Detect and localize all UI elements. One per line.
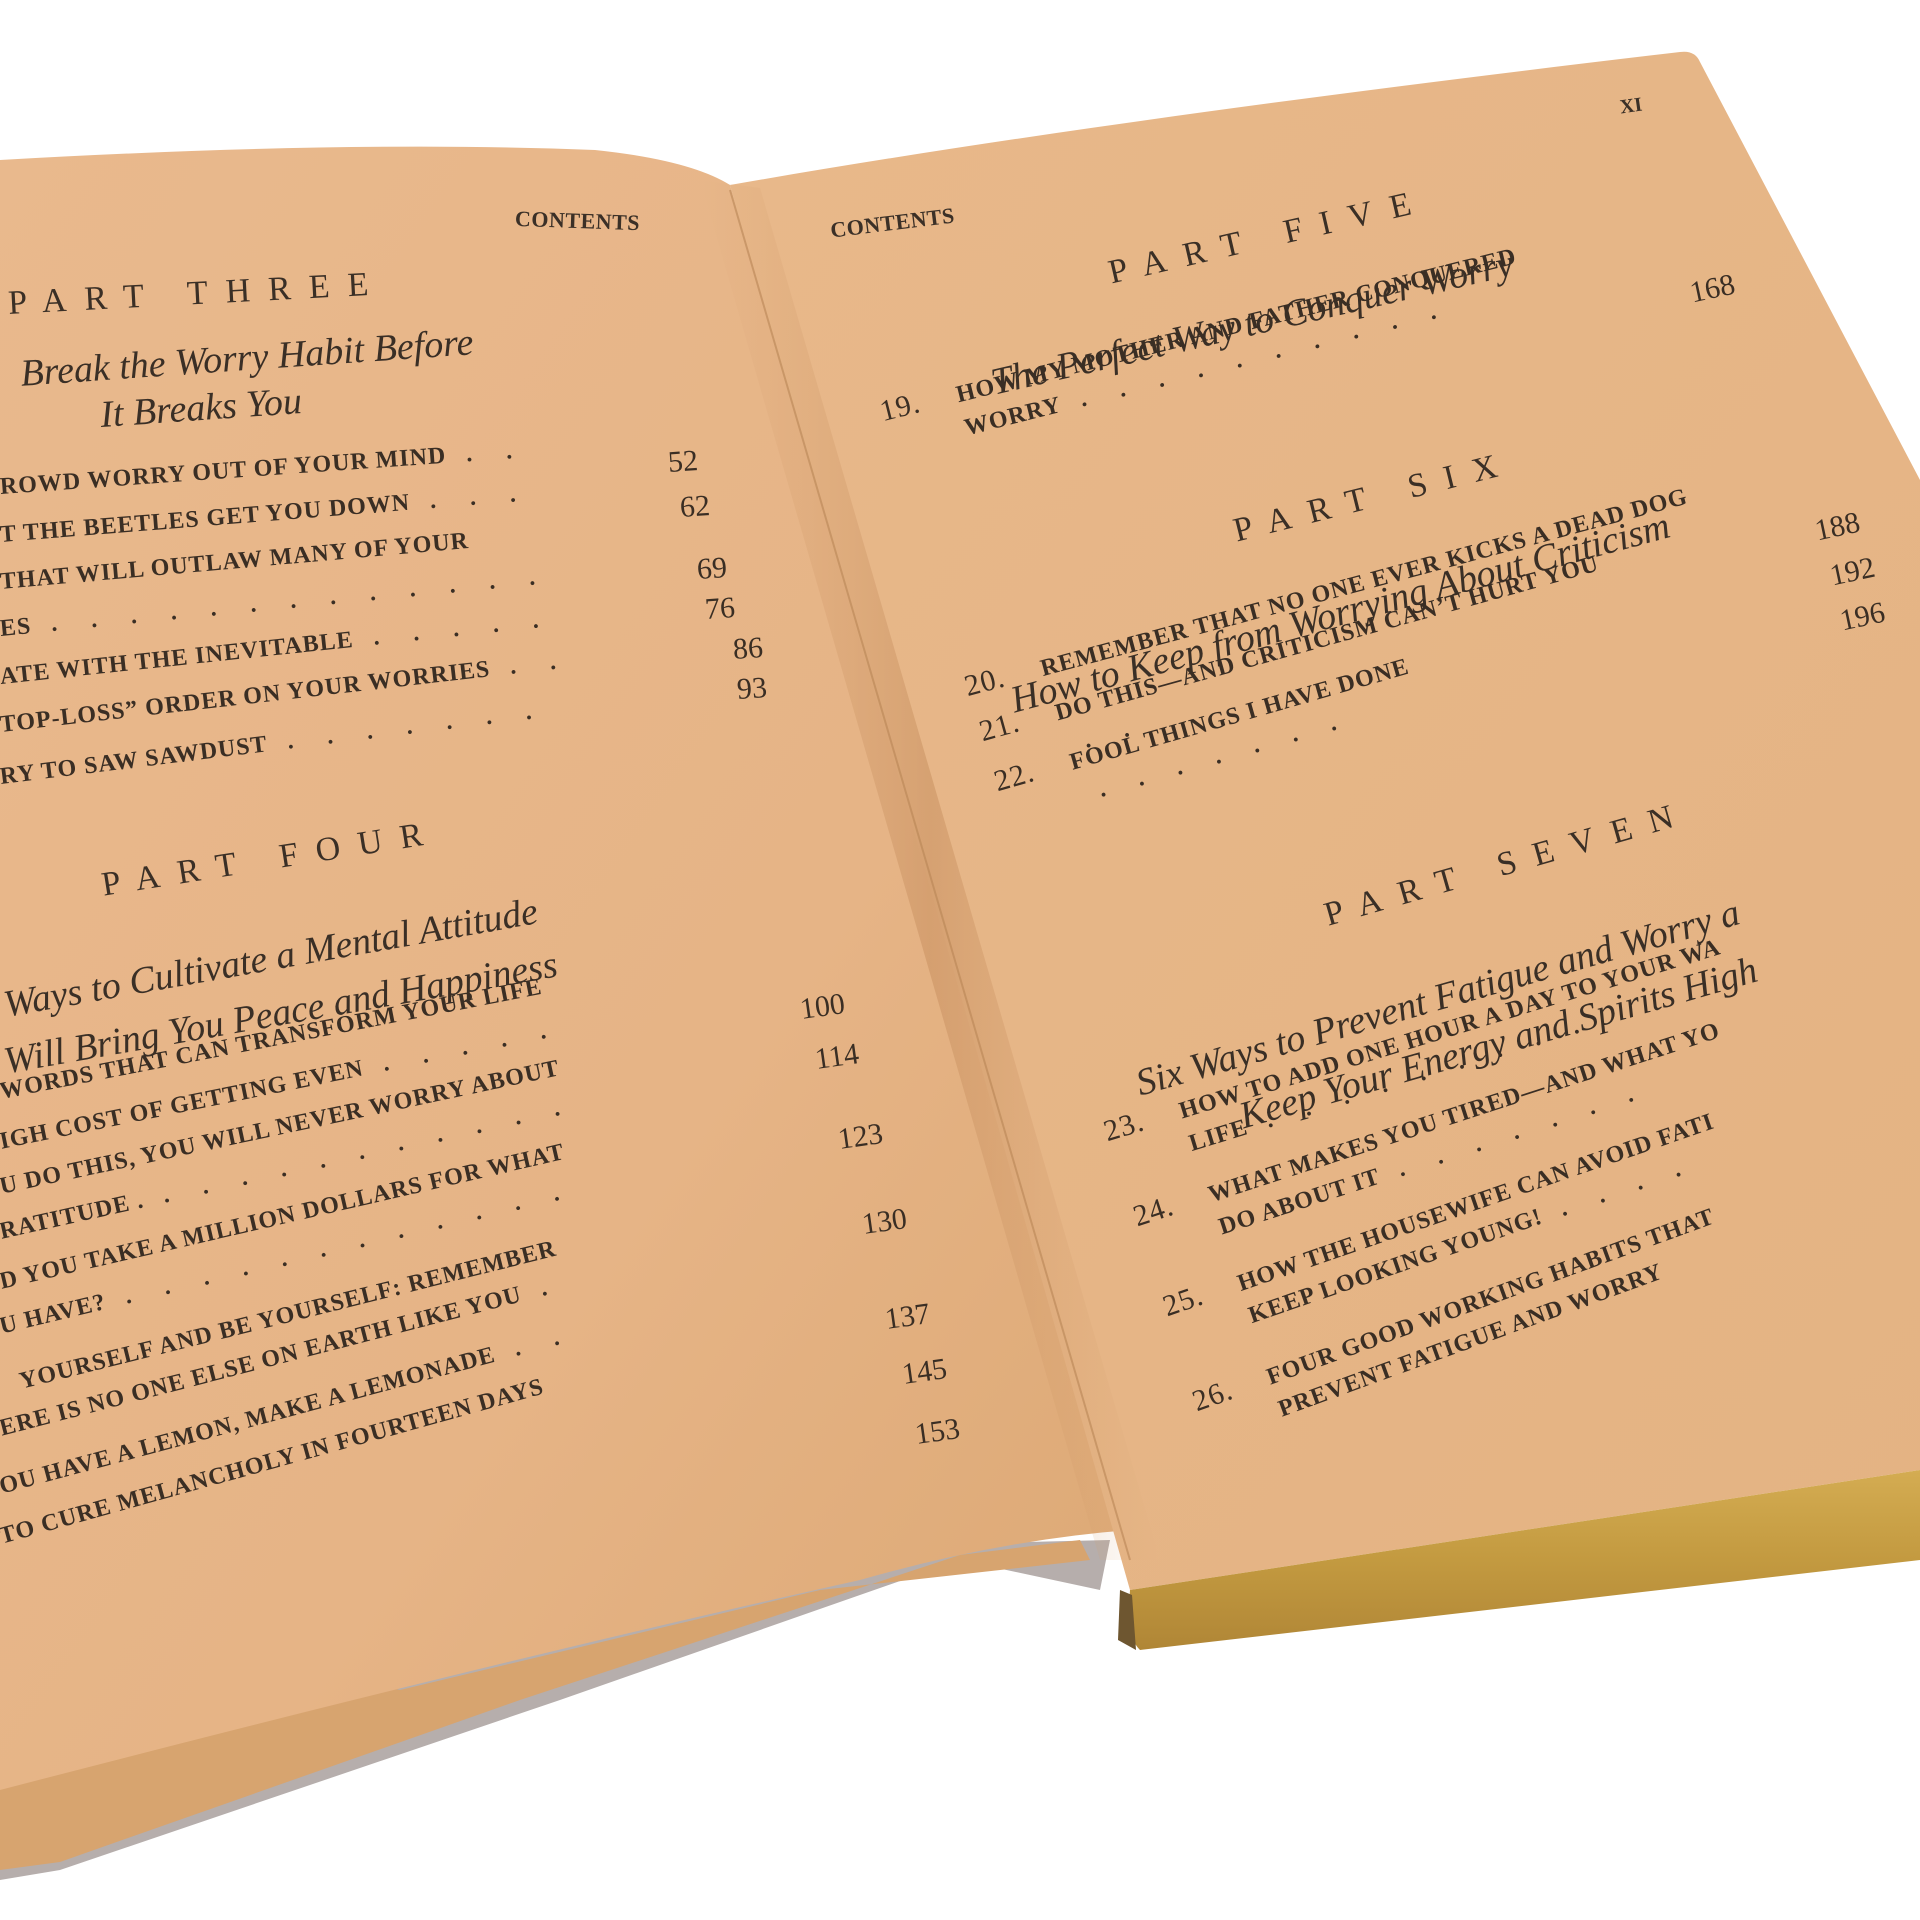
toc-leader-dots: . . . bbox=[409, 480, 531, 515]
toc-page-number: 93 bbox=[736, 671, 768, 707]
left-running-head: CONTENTS bbox=[515, 206, 641, 236]
toc-page-number: 145 bbox=[900, 1352, 949, 1392]
toc-leader-dots: . bbox=[518, 1272, 563, 1307]
toc-page-number: 62 bbox=[679, 489, 711, 525]
toc-page-number: 52 bbox=[667, 444, 699, 480]
toc-page-number: 137 bbox=[883, 1297, 932, 1337]
page-folio: XI bbox=[1619, 94, 1644, 120]
toc-page-number: 123 bbox=[836, 1117, 885, 1157]
toc-page-number: 114 bbox=[813, 1037, 861, 1077]
toc-leader-dots: . . bbox=[489, 647, 571, 682]
toc-page-number: 86 bbox=[732, 631, 764, 667]
toc-page-number: 76 bbox=[704, 591, 736, 627]
toc-page-number: 69 bbox=[696, 551, 728, 587]
toc-page-number: 100 bbox=[798, 987, 847, 1027]
toc-page-number: 153 bbox=[913, 1412, 962, 1452]
toc-page-number: 130 bbox=[860, 1202, 909, 1242]
toc-entry-title: ES bbox=[0, 613, 32, 642]
toc-leader-dots: . . bbox=[445, 437, 527, 469]
open-book-photo: CONTENTS PART THREE Break the Worry Habi… bbox=[0, 0, 1920, 1920]
